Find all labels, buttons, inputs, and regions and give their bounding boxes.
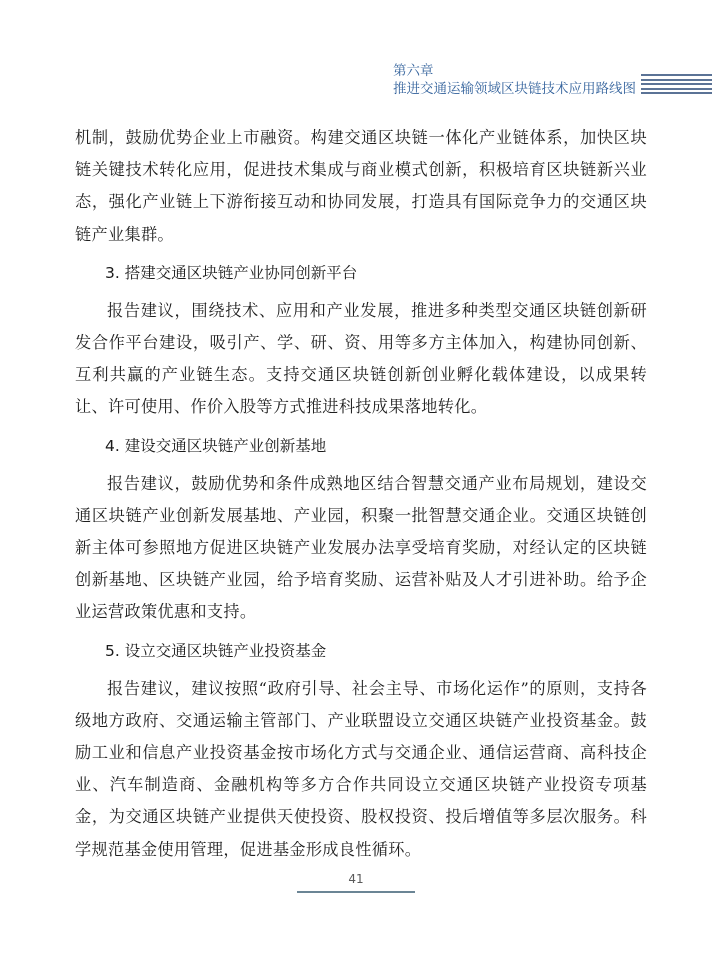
section-heading-5: 5. 设立交通区块链产业投资基金: [105, 635, 647, 667]
header-line: [641, 79, 712, 81]
header-line: [641, 74, 712, 76]
page-content: 机制，鼓励优势企业上市融资。构建交通区块链一体化产业链体系，加快区块链关键技术转…: [75, 122, 647, 866]
header-decorative-lines: [641, 74, 712, 96]
header-line: [641, 92, 712, 94]
section-paragraph-5: 报告建议，建议按照“政府引导、社会主导、市场化运作”的原则，支持各级地方政府、交…: [75, 673, 647, 866]
header-line: [641, 83, 712, 85]
footer-divider: [297, 891, 415, 893]
header-line: [641, 88, 712, 90]
section-paragraph-4: 报告建议，鼓励优势和条件成熟地区结合智慧交通产业布局规划，建设交通区块链产业创新…: [75, 468, 647, 629]
chapter-label: 第六章: [393, 62, 636, 80]
section-heading-4: 4. 建设交通区块链产业创新基地: [105, 430, 647, 462]
chapter-title: 推进交通运输领域区块链技术应用路线图: [393, 80, 636, 98]
section-heading-3: 3. 搭建交通区块链产业协同创新平台: [105, 257, 647, 289]
running-header: 第六章 推进交通运输领域区块链技术应用路线图: [393, 62, 636, 98]
page-number: 41: [0, 872, 712, 886]
section-paragraph-3: 报告建议，围绕技术、应用和产业发展，推进多种类型交通区块链创新研发合作平台建设，…: [75, 295, 647, 424]
intro-paragraph: 机制，鼓励优势企业上市融资。构建交通区块链一体化产业链体系，加快区块链关键技术转…: [75, 122, 647, 251]
